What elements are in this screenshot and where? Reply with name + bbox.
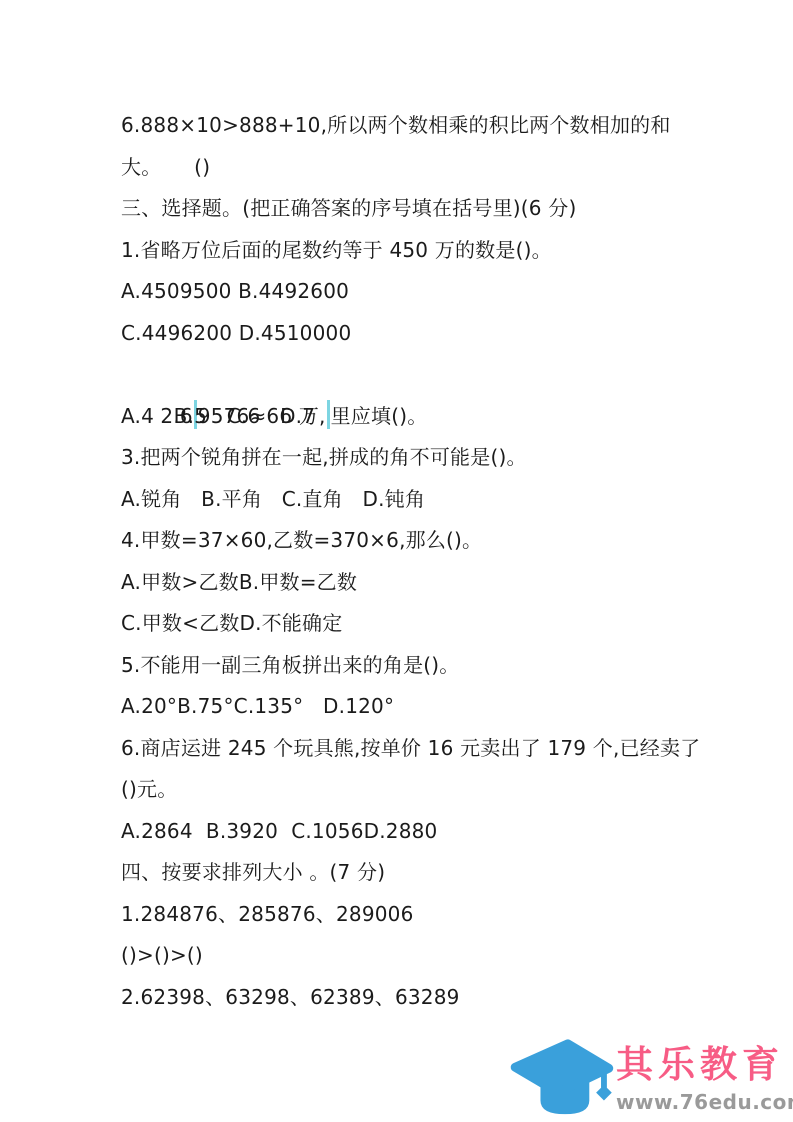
text-line: 6.商店运进 245 个玩具熊,按单价 16 元卖出了 179 个,已经卖了 xyxy=(121,728,721,770)
text-line: A.4509500 B.4492600 xyxy=(121,271,721,313)
graduation-cap-icon xyxy=(504,1036,616,1120)
section-heading: 三、选择题。(把正确答案的序号填在括号里)(6 分) xyxy=(121,188,721,230)
text-line: A.甲数>乙数B.甲数=乙数 xyxy=(121,562,721,604)
logo-url: www.76edu.com xyxy=(616,1092,793,1112)
text-segment: 里应填()。 xyxy=(331,404,428,428)
worksheet-page: 6.888×10>888+10,所以两个数相乘的积比两个数相加的和 大。 () … xyxy=(0,0,793,1122)
text-line: A.2864 B.3920 C.1056D.2880 xyxy=(121,811,721,853)
logo-text-block: 其乐教育 www.76edu.com xyxy=(616,1034,793,1112)
text-line: C.甲数<乙数D.不能确定 xyxy=(121,603,721,645)
worksheet-text-block: 6.888×10>888+10,所以两个数相乘的积比两个数相加的和 大。 () … xyxy=(121,105,721,1018)
text-line: 3.把两个锐角拼在一起,拼成的角不可能是()。 xyxy=(121,437,721,479)
highlight-bar xyxy=(327,400,330,429)
site-logo: 其乐教育 www.76edu.com xyxy=(496,1034,793,1122)
text-line: 6.888×10>888+10,所以两个数相乘的积比两个数相加的和 xyxy=(121,105,721,147)
text-line: A.20°B.75°C.135° D.120° xyxy=(121,686,721,728)
text-line: 1.省略万位后面的尾数约等于 450 万的数是()。 xyxy=(121,230,721,272)
text-line: 4.甲数=37×60,乙数=370×6,那么()。 xyxy=(121,520,721,562)
text-line: 2.69576≈66 万,里应填()。 xyxy=(121,354,721,396)
logo-name: 其乐教育 xyxy=(616,1046,793,1083)
text-line: ()元。 xyxy=(121,769,721,811)
text-line: ()>()>() xyxy=(121,935,721,977)
text-line: 1.284876、285876、289006 xyxy=(121,894,721,936)
text-line: C.4496200 D.4510000 xyxy=(121,313,721,355)
text-line: A.锐角 B.平角 C.直角 D.钝角 xyxy=(121,479,721,521)
section-heading: 四、按要求排列大小 。(7 分) xyxy=(121,852,721,894)
text-line: 大。 () xyxy=(121,147,721,189)
text-line: 5.不能用一副三角板拼出来的角是()。 xyxy=(121,645,721,687)
text-line: 2.62398、63298、62389、63289 xyxy=(121,977,721,1019)
